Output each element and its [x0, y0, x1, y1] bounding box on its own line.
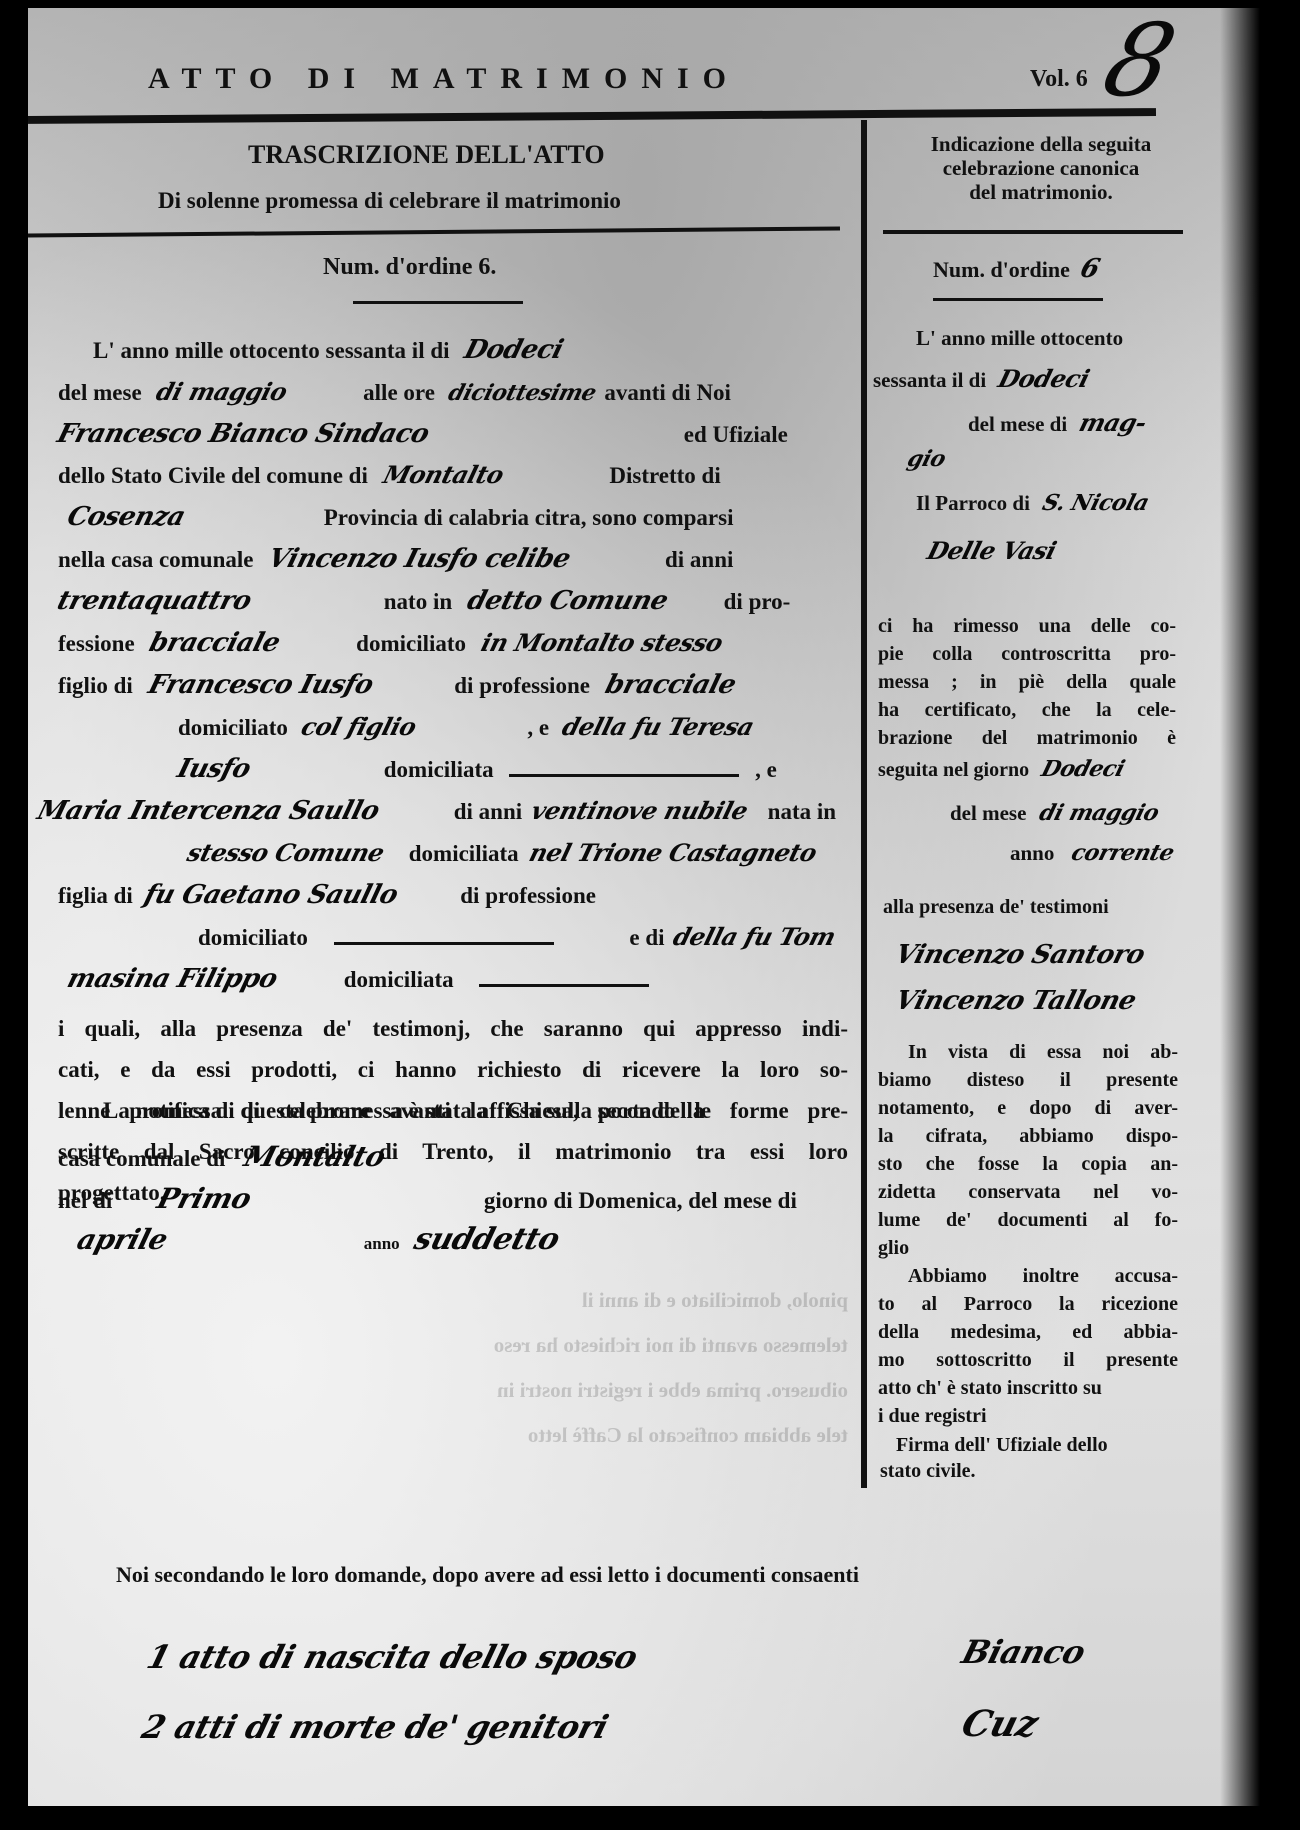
notice-line-4: aprile anno suddetto — [78, 1222, 559, 1257]
form-line-6: nella casa comunale Vincenzo Iusfo celib… — [58, 544, 733, 574]
right-seguita-line: seguita nel giorno Dodeci — [878, 756, 1124, 782]
right-order-rule — [933, 298, 1103, 301]
right-line-5: Il Parroco di S. Nicola — [916, 490, 1148, 516]
form-line-11: Iusfo domiciliata , e — [178, 754, 777, 784]
right-anno-line: anno corrente — [1010, 840, 1173, 866]
bleed-through-text: pinolo, domiciliato e di anni il telemes… — [88, 1278, 848, 1448]
column-divider — [861, 120, 867, 1488]
form-line-4: dello Stato Civile del comune di Montalt… — [58, 460, 721, 489]
form-line-16: masina Filippo domiciliata — [68, 964, 649, 994]
order-rule — [353, 301, 523, 304]
witness-2: Vincenzo Tallone — [896, 986, 1135, 1016]
signature-bianco: Bianco — [958, 1633, 1089, 1671]
form-line-3: Francesco Bianco Sindaco ed Ufiziale — [58, 419, 788, 449]
form-line-1: L' anno mille ottocento sessanta il di D… — [58, 335, 563, 365]
footer-document-2: 2 atti di morte de' genitori — [138, 1708, 612, 1746]
footer-document-1: 1 atto di nascita dello sposo — [143, 1638, 641, 1676]
left-subheading: Di solenne promessa di celebrare il matr… — [158, 188, 621, 214]
witness-1: Vincenzo Santoro — [896, 940, 1144, 970]
document-page: ATTO DI MATRIMONIO Vol. 6 8 TRASCRIZIONE… — [28, 8, 1260, 1806]
form-line-9: figlio di Francesco Iusfo di professione… — [58, 670, 735, 700]
right-line-6: Delle Vasi — [928, 536, 1056, 565]
right-paragraph-2: In vista di essa noi ab- biamo disteso i… — [878, 1038, 1178, 1262]
form-line-7: trentaquattro nato in detto Comune di pr… — [58, 586, 790, 616]
form-line-8: fessione bracciale domiciliato in Montal… — [58, 628, 722, 658]
official-signature-label: Firma dell' Ufiziale dello stato civile. — [880, 1432, 1180, 1484]
notice-line-1: La notifica di questa promessa è stata a… — [103, 1098, 704, 1124]
right-paragraph-3: Abbiamo inoltre accusa- to al Parroco la… — [878, 1262, 1178, 1430]
volume-label: Vol. 6 — [1030, 66, 1088, 93]
header-rule — [28, 108, 1156, 124]
footer-statement: Noi secondando le loro domande, dopo ave… — [116, 1562, 859, 1588]
document-title: ATTO DI MATRIMONIO — [148, 62, 740, 96]
left-heading-rule — [28, 226, 840, 237]
blank-rule — [479, 984, 649, 987]
form-line-13: stesso Comune domiciliata nel Trione Cas… — [188, 838, 816, 867]
form-line-14: figlia di fu Gaetano Saullo di professio… — [58, 880, 596, 910]
left-order-number: Num. d'ordine 6. — [323, 254, 496, 281]
notice-line-2: casa comunale di Montalto — [58, 1140, 385, 1173]
page-edge-shadow — [1220, 8, 1260, 1806]
right-heading-rule — [883, 230, 1183, 234]
form-line-5: Cosenza Provincia di calabria citra, son… — [68, 502, 733, 532]
left-heading: TRASCRIZIONE DELL'ATTO — [248, 140, 605, 170]
right-mese-line: del mese di maggio — [950, 800, 1158, 826]
right-line-3: del mese di mag- — [968, 408, 1146, 437]
right-line-4: gio — [908, 446, 945, 472]
form-line-12: Maria Intercenza Saullo di anni ventinov… — [38, 796, 836, 826]
right-line-2: sessanta il di Dodeci — [873, 364, 1089, 393]
form-line-10: domiciliato col figlio , e della fu Tere… — [178, 712, 753, 741]
form-line-15: domiciliato e di della fu Tom — [198, 922, 835, 951]
right-paragraph-1: ci ha rimesso una delle co- pie colla co… — [878, 612, 1176, 752]
page-mark: 8 — [1092, 2, 1186, 119]
form-line-2: del mese di maggio alle ore diciottesime… — [58, 377, 731, 406]
right-heading: Indicazione della seguita celebrazione c… — [876, 132, 1206, 204]
witnesses-label: alla presenza de' testimoni — [883, 896, 1109, 919]
right-order-number: Num. d'ordine 6 — [933, 254, 1099, 284]
blank-rule — [509, 774, 739, 777]
blank-rule — [334, 942, 554, 945]
signature-cuz: Cuz — [957, 1703, 1042, 1745]
notice-line-3: nel di Primo giorno di Domenica, del mes… — [58, 1182, 797, 1215]
right-line-1: L' anno mille ottocento — [916, 326, 1123, 351]
